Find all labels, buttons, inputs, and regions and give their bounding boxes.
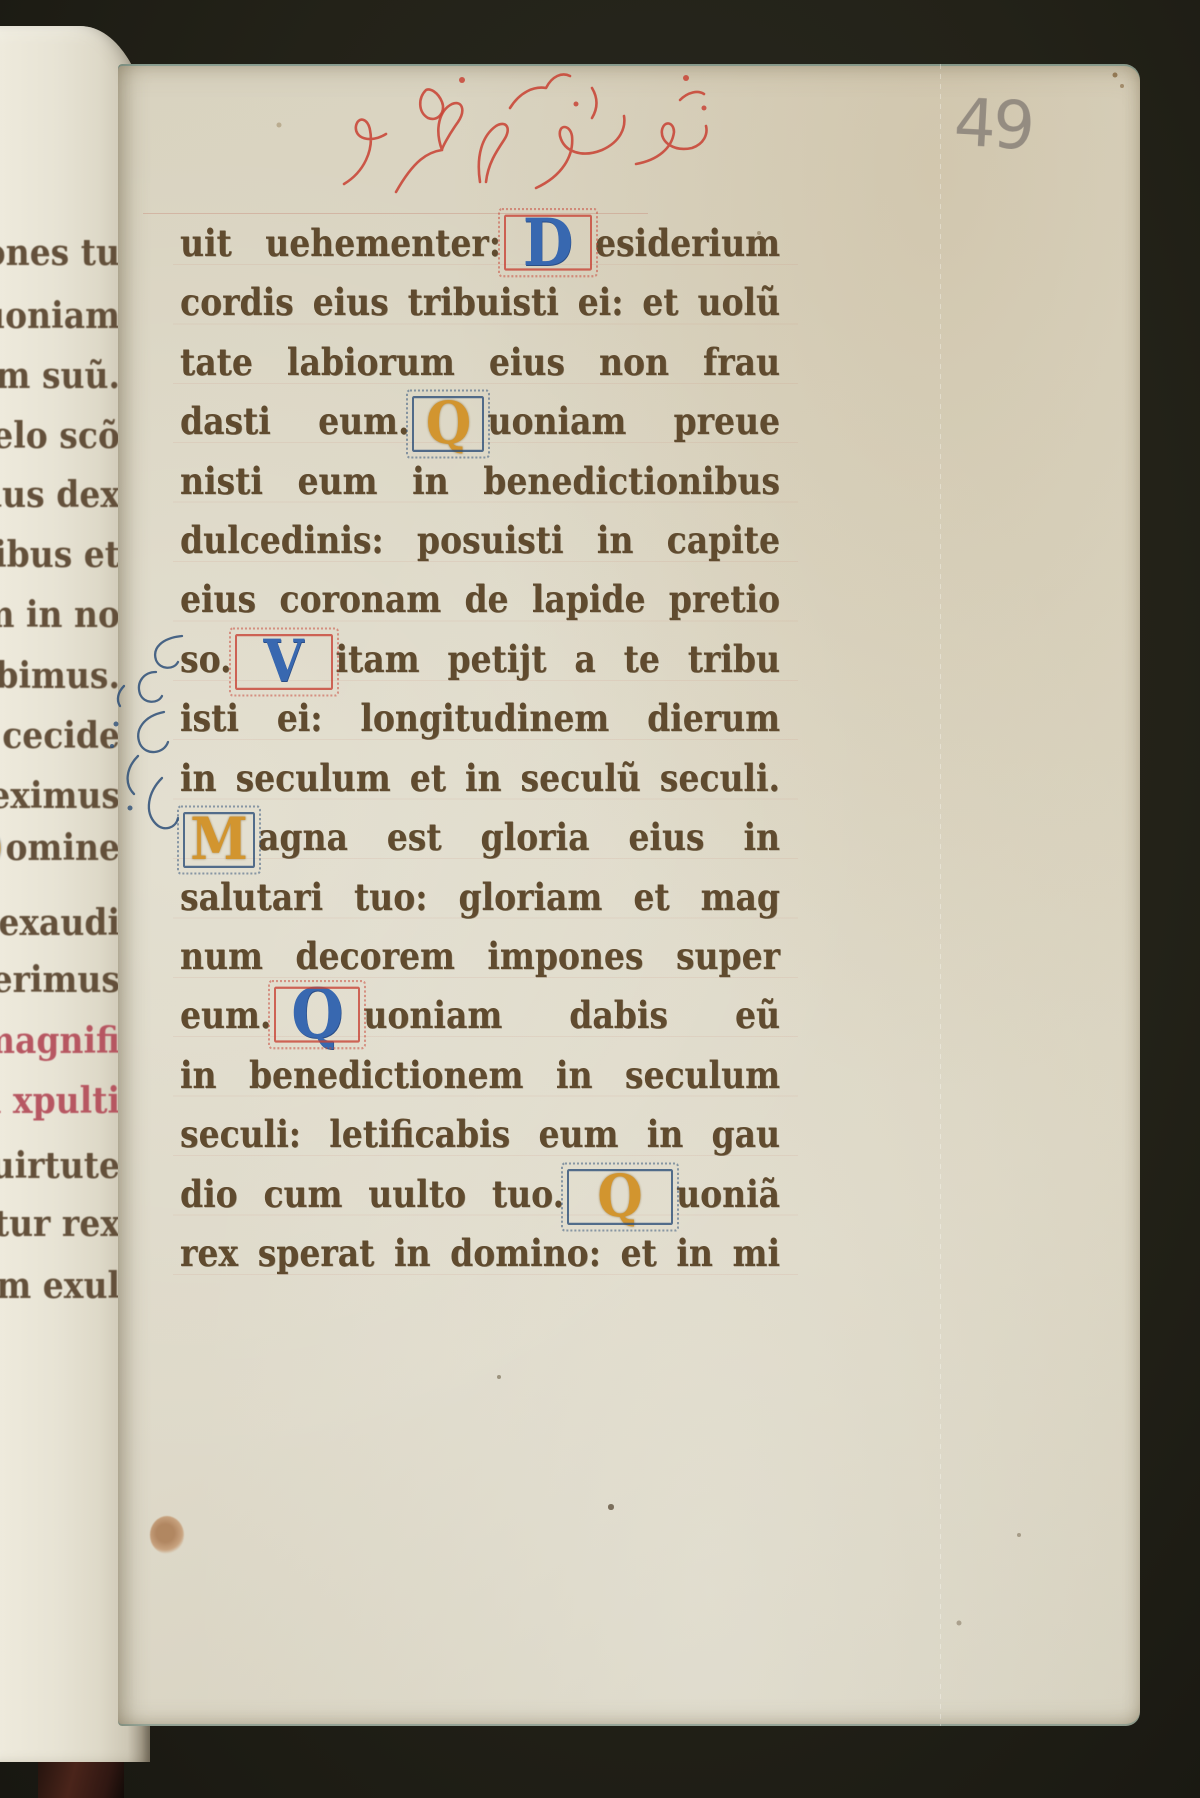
text-line: uit uehementer:Desiderium xyxy=(180,218,780,276)
verso-text-fragment: j in curribus et xyxy=(0,533,120,576)
blue-penwork-flourish xyxy=(104,628,199,838)
text-line: cordis eius tribuisti ei: et uolũ xyxy=(180,277,780,335)
verso-text-fragment: noui quoniam xyxy=(0,294,120,337)
text-line: dasti eum.Quoniam preue xyxy=(180,396,780,454)
verso-text-fragment: ati sunt et cecide xyxy=(0,714,120,757)
verso-text-fragment: nes petitiones tu xyxy=(0,231,120,274)
text-line: dulcedinis: posuisti in capite xyxy=(180,515,780,573)
verso-rubric-fragment: rgia xpulti xyxy=(0,1079,120,1122)
illuminated-initial-D: D xyxy=(510,218,586,267)
verso-text-fragment: ne in uirtute xyxy=(0,1144,120,1187)
text-line: salutari tuo: gloriam et mag xyxy=(180,872,780,930)
verso-rubric-fragment: d magnifi xyxy=(0,1019,120,1062)
verso-text-fragment: m surreximus xyxy=(0,774,120,817)
illuminated-initial-Q: Q xyxy=(573,1172,667,1221)
text-line: seculi: letificabis eum in gau xyxy=(180,1109,780,1167)
manuscript-page: 49 uit uehementer:Desiderium cordis eius… xyxy=(118,64,1140,1726)
verso-text-fragment: atibus salus dex xyxy=(0,473,120,516)
text-line: so.Vitam petijt a te tribu xyxy=(180,634,780,692)
text-line: rex sperat in domino: et in mi xyxy=(180,1228,780,1286)
illuminated-initial-Q: Q xyxy=(280,990,354,1039)
red-penwork-flourish xyxy=(330,64,710,216)
text-line: eius coronam de lapide pretio xyxy=(180,574,780,632)
verso-text-fragment: etabitur rex xyxy=(0,1202,120,1245)
margin-ruling-line xyxy=(940,64,941,1726)
verso-text-fragment: os autem in no xyxy=(0,593,120,636)
text-line: eum.Quoniam dabis eũ xyxy=(180,990,780,1048)
text-line: nisti eum in benedictionibus xyxy=(180,456,780,514)
illuminated-initial-V: V xyxy=(241,637,327,686)
page-specks xyxy=(118,64,120,66)
text-line: Magna est gloria eius in xyxy=(180,812,780,870)
wax-stain xyxy=(150,1516,184,1554)
text-line: in benedictionem in seculum xyxy=(180,1050,780,1108)
gold-initial-fragment: D xyxy=(0,819,3,878)
verso-text-fragment: uocabimus. xyxy=(0,654,120,697)
text-line: tate labiorum eius non frau xyxy=(180,337,780,395)
verso-text-fragment: dñs xp̃m suũ. xyxy=(0,354,120,397)
verso-text-fragment: llum de celo scõ xyxy=(0,414,120,457)
text-line: dio cum uulto tuo.Quoniã xyxy=(180,1169,780,1227)
illuminated-initial-Q: Q xyxy=(418,399,478,448)
verso-text-fragment: et exaudi xyxy=(0,901,120,944)
manuscript-photo: nes petitiones tu noui quoniam dñs xp̃m … xyxy=(0,0,1200,1798)
text-line: in seculum et in seculũ seculi. xyxy=(180,753,780,811)
text-line: isti ei: longitudinem dierum xyxy=(180,693,780,751)
verso-text-fragment: Domine xyxy=(0,826,120,869)
verso-text-fragment: tuum exul xyxy=(0,1264,120,1307)
verso-text-fragment: cauerimus xyxy=(0,958,120,1001)
folio-number: 49 xyxy=(952,84,1034,165)
